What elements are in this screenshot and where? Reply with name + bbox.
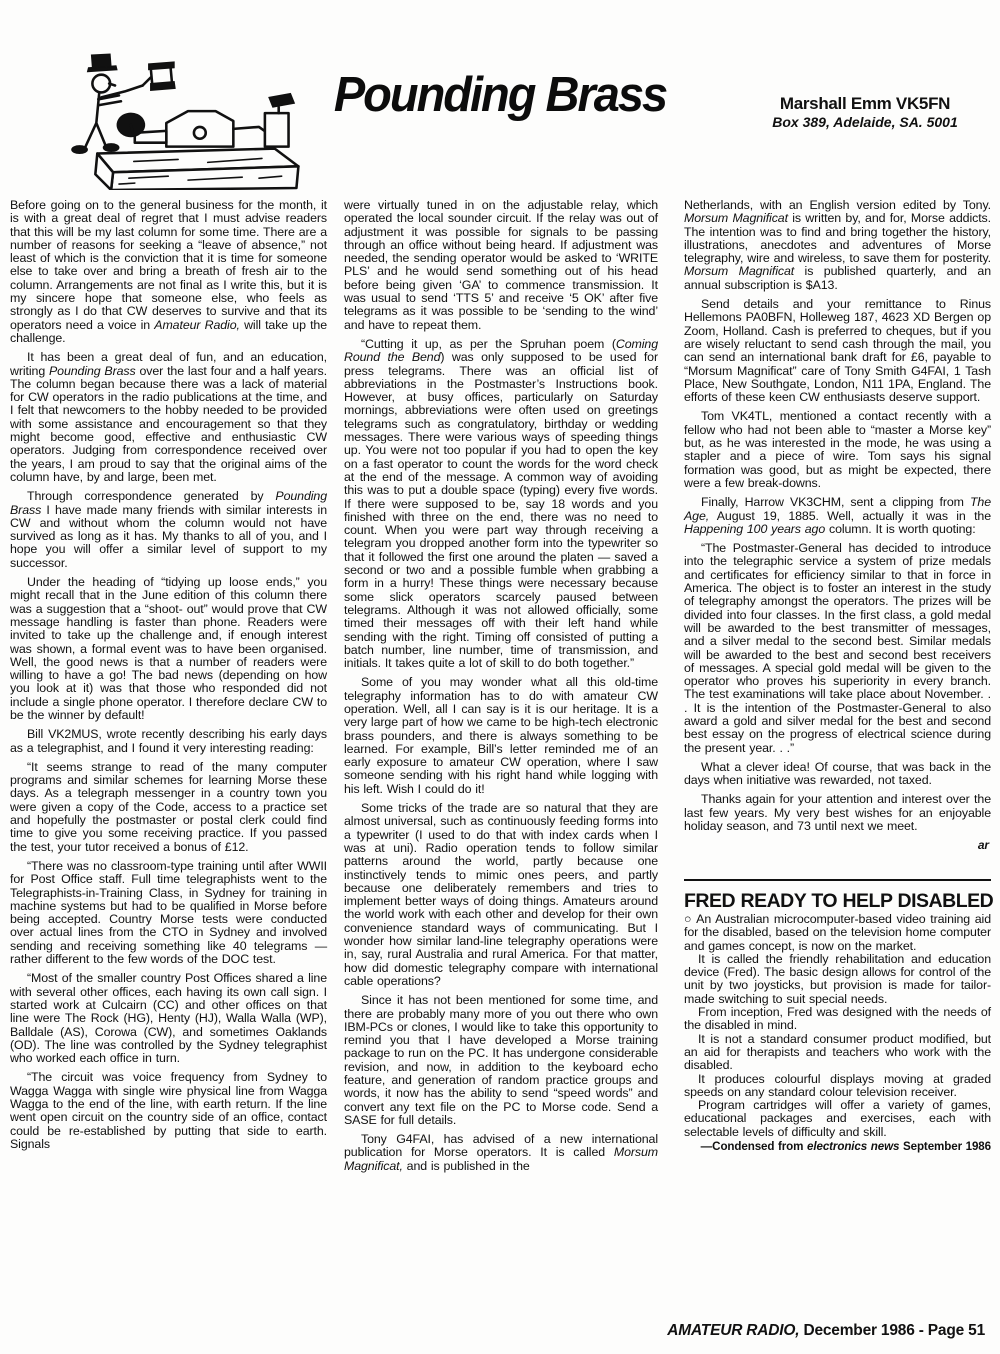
styled-text: The Age, bbox=[684, 495, 991, 522]
page-title: Pounding Brass bbox=[300, 65, 700, 123]
paragraph: Tony G4FAI, has advised of a new interna… bbox=[344, 1133, 658, 1173]
footer-magazine-name: AMATEUR RADIO, bbox=[667, 1322, 799, 1339]
paragraph: “The Postmaster-General has decided to i… bbox=[684, 542, 991, 755]
byline: Marshall Emm VK5FN Box 389, Adelaide, SA… bbox=[740, 94, 990, 130]
column-3: Netherlands, with an English version edi… bbox=[684, 199, 991, 1153]
paragraph: Program cartridges will offer a variety … bbox=[684, 1099, 991, 1139]
styled-text: Morsum Magnificat bbox=[684, 264, 794, 278]
paragraph: Tom VK4TL, mentioned a contact recently … bbox=[684, 410, 991, 490]
paragraph: Through correspondence generated by Poun… bbox=[10, 490, 327, 570]
paragraph: Some of you may wonder what all this old… bbox=[344, 676, 658, 796]
telegraph-key-operator-illustration bbox=[38, 52, 338, 190]
column-1: Before going on to the general business … bbox=[10, 199, 327, 1157]
paragraph: “Cutting it up, as per the Spruhan poem … bbox=[344, 338, 658, 670]
page-footer: AMATEUR RADIO, December 1986 - Page 51 bbox=[560, 1322, 985, 1340]
paragraph: Before going on to the general business … bbox=[10, 199, 327, 345]
paragraph: It has been a great deal of fun, and an … bbox=[10, 351, 327, 484]
fred-attribution: —Condensed from electronics news Septemb… bbox=[684, 1140, 991, 1153]
paragraph: Under the heading of “tidying up loose e… bbox=[10, 576, 327, 722]
fred-section-body: ○ An Australian microcomputer-based vide… bbox=[684, 913, 991, 1139]
magazine-page: Pounding Brass Marshall Emm VK5FN Box 38… bbox=[0, 0, 1000, 1354]
paragraph: “There was no classroom-type training un… bbox=[10, 860, 327, 966]
section-divider bbox=[684, 879, 991, 881]
paragraph: It produces colourful displays moving at… bbox=[684, 1073, 991, 1100]
paragraph: ○ An Australian microcomputer-based vide… bbox=[684, 913, 991, 953]
styled-text: Morsum Magnificat bbox=[684, 211, 788, 225]
paragraph: Netherlands, with an English version edi… bbox=[684, 199, 991, 292]
paragraph: From inception, Fred was designed with t… bbox=[684, 1006, 991, 1033]
paragraph: Finally, Harrow VK3CHM, sent a clipping … bbox=[684, 496, 991, 536]
styled-text: Pounding Brass bbox=[10, 489, 327, 516]
paragraph: “Most of the smaller country Post Office… bbox=[10, 972, 327, 1065]
author-name: Marshall Emm VK5FN bbox=[740, 94, 990, 114]
column-signoff: ar bbox=[684, 839, 989, 852]
paragraph: “It seems strange to read of the many co… bbox=[10, 761, 327, 854]
paragraph: Thanks again for your attention and inte… bbox=[684, 793, 991, 833]
paragraph: What a clever idea! Of course, that was … bbox=[684, 761, 991, 788]
column-3-paragraphs: Netherlands, with an English version edi… bbox=[684, 199, 991, 833]
paragraph: “The circuit was voice frequency from Sy… bbox=[10, 1071, 327, 1151]
paragraph: Bill VK2MUS, wrote recently describing h… bbox=[10, 728, 327, 755]
styled-text: Happening 100 years ago bbox=[684, 522, 825, 536]
paragraph: were virtually tuned in on the adjustabl… bbox=[344, 199, 658, 332]
column-2: were virtually tuned in on the adjustabl… bbox=[344, 199, 658, 1179]
footer-issue: December 1986 - bbox=[799, 1322, 927, 1339]
styled-text: Amateur Radio, bbox=[154, 318, 240, 332]
styled-text: electronics news bbox=[807, 1140, 899, 1153]
styled-text: Morsum Magnificat, bbox=[344, 1145, 658, 1172]
styled-text: Pounding Brass bbox=[49, 364, 136, 378]
paragraph: It is called the friendly rehabilitation… bbox=[684, 953, 991, 1006]
paragraph: Send details and your remittance to Rinu… bbox=[684, 298, 991, 404]
fred-section-heading: FRED READY TO HELP DISABLED bbox=[684, 895, 991, 908]
paragraph: It is not a standard consumer product mo… bbox=[684, 1033, 991, 1073]
styled-text: Coming Round the Bend bbox=[344, 337, 658, 364]
footer-page-number: Page 51 bbox=[928, 1322, 985, 1339]
telegraph-key-operator-icon bbox=[38, 52, 338, 190]
paragraph: Since it has not been mentioned for some… bbox=[344, 994, 658, 1127]
paragraph: Some tricks of the trade are so natural … bbox=[344, 802, 658, 988]
author-address: Box 389, Adelaide, SA. 5001 bbox=[740, 114, 990, 130]
